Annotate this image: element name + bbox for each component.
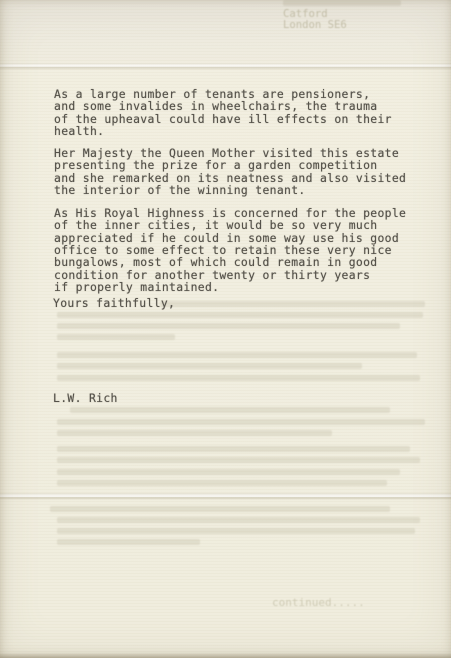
ghost-text-line xyxy=(57,528,415,534)
top-paper-section xyxy=(0,0,451,66)
ghost-text-line xyxy=(57,419,425,425)
ghost-text-line xyxy=(57,457,420,463)
ghost-text-line xyxy=(50,506,390,512)
ghost-text-line xyxy=(57,517,420,523)
ghost-text-line xyxy=(57,469,400,475)
paragraph-3: As His Royal Highness is concerned for t… xyxy=(54,207,406,293)
ghost-text-line xyxy=(57,363,362,369)
ghost-text-line xyxy=(57,312,423,318)
paragraph-2: Her Majesty the Queen Mother visited thi… xyxy=(54,147,406,196)
paragraph-1: As a large number of tenants are pension… xyxy=(54,88,392,137)
signature-name: L.W. Rich xyxy=(53,392,118,404)
ghost-continued-label: continued..... xyxy=(272,596,365,609)
ghost-text-line xyxy=(70,407,390,413)
ghost-text-line xyxy=(57,352,417,358)
letter-page: Catford London SE6 continued..... As a l… xyxy=(0,0,451,658)
ghost-text-line xyxy=(57,334,175,340)
ghost-text-line xyxy=(57,323,400,329)
ghost-text-line xyxy=(160,301,425,307)
page-bottom-edge xyxy=(0,653,451,658)
ghost-text-line xyxy=(57,539,200,545)
ghost-text-line xyxy=(57,446,410,452)
ghost-text-line xyxy=(57,430,332,436)
ghost-text-line xyxy=(57,480,387,486)
ghost-text-line xyxy=(57,375,420,381)
fold-crease-bottom xyxy=(0,493,451,500)
closing-line: Yours faithfully, xyxy=(53,297,175,309)
